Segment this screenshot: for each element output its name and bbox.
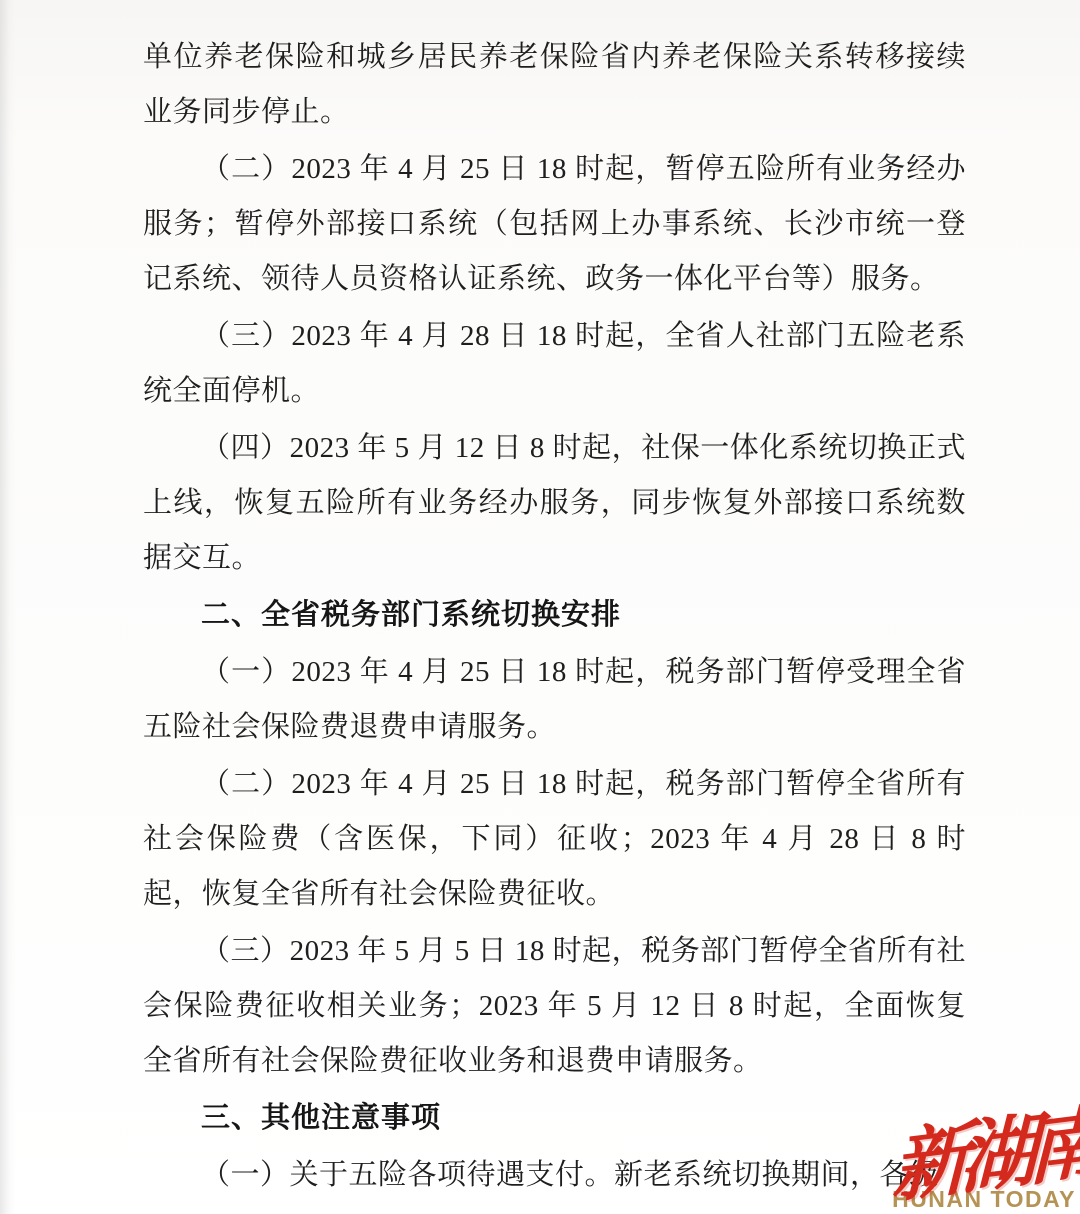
paragraph-item-3-system-shutdown: （三）2023 年 4 月 28 日 18 时起，全省人社部门五险老系统全面停机… xyxy=(143,309,966,419)
paragraph-other-item-1-benefit-payments: （一）关于五险各项待遇支付。新老系统切换期间，各级 xyxy=(143,1148,966,1203)
scan-edge-shadow xyxy=(0,0,16,1214)
paragraph-tax-item-2-suspend-collection: （二）2023 年 4 月 25 日 18 时起，税务部门暂停全省所有社会保险费… xyxy=(143,757,966,922)
scanned-document-page: 单位养老保险和城乡居民养老保险省内养老保险关系转移接续业务同步停止。 （二）20… xyxy=(0,0,1080,1214)
document-body: 单位养老保险和城乡居民养老保险省内养老保险关系转移接续业务同步停止。 （二）20… xyxy=(143,30,966,1205)
paragraph-tax-item-1-suspend-refunds: （一）2023 年 4 月 25 日 18 时起，税务部门暂停受理全省五险社会保… xyxy=(143,645,966,755)
paragraph-item-2-suspend-services: （二）2023 年 4 月 25 日 18 时起，暂停五险所有业务经办服务；暂停… xyxy=(143,142,966,307)
section-heading-tax-department-arrangement: 二、全省税务部门系统切换安排 xyxy=(143,588,966,643)
paragraph-pension-transfer-continuation: 单位养老保险和城乡居民养老保险省内养老保险关系转移接续业务同步停止。 xyxy=(143,30,966,140)
paragraph-tax-item-3-resume-collection: （三）2023 年 5 月 5 日 18 时起，税务部门暂停全省所有社会保险费征… xyxy=(143,924,966,1089)
section-heading-other-notes: 三、其他注意事项 xyxy=(143,1091,966,1146)
paragraph-item-4-system-launch: （四）2023 年 5 月 12 日 8 时起，社保一体化系统切换正式上线，恢复… xyxy=(143,421,966,586)
